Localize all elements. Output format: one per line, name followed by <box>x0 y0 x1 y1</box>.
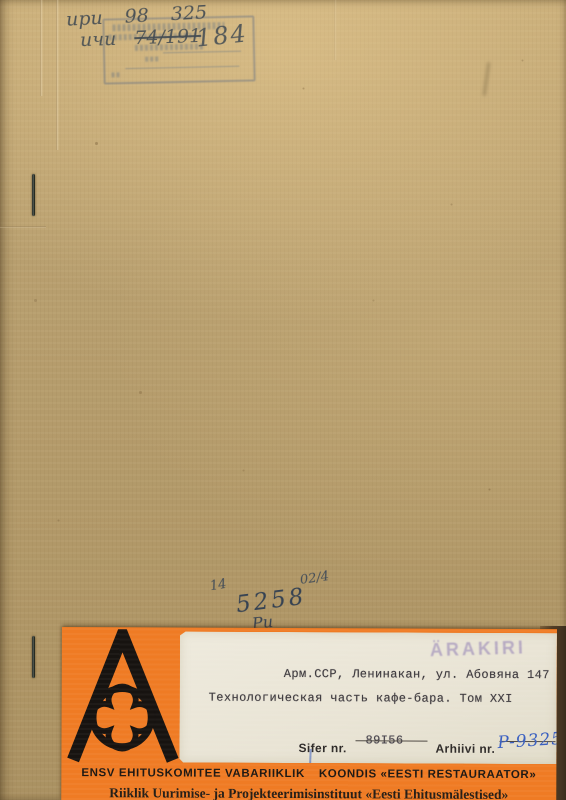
handwritten-added-number: 184 <box>195 19 249 52</box>
archival-folder-cover: ири 98 325 ичи 74/191 184 14 02/4 5258 Р… <box>0 0 566 800</box>
arhiivi-handwritten-value: P-9325 <box>497 729 557 753</box>
org-name-left: ENSV EHITUSKOMITEE VABARIIKLIK <box>81 767 305 780</box>
arakiri-stamp: ÄRAKIRI <box>430 637 527 661</box>
pen-mark <box>309 749 312 763</box>
eesti-ehitusmalestised-logo-icon <box>63 629 182 766</box>
paper-specks <box>0 0 1 1</box>
document-title-line: Технологическая часть кафе-бара. Том XXI <box>209 691 513 706</box>
typed-label-paper: ÄRAKIRI Арм.ССР, Ленинакан, ул. Абовяна … <box>179 632 557 765</box>
institute-label: ÄRAKIRI Арм.ССР, Ленинакан, ул. Абовяна … <box>61 627 557 800</box>
crease-line <box>40 0 43 96</box>
arhiivi-field-label: Arhiivi nr. <box>435 742 495 756</box>
handwritten-note-14: 14 <box>209 577 228 594</box>
staple-bottom <box>32 636 35 678</box>
handwritten-file-number: ичи 74/191 <box>80 25 202 51</box>
stamp-blank-line <box>125 66 239 69</box>
stamp-illegible-text <box>111 72 121 77</box>
crease-line <box>334 0 337 60</box>
staple-top <box>32 174 35 216</box>
crease-line <box>0 226 46 228</box>
crease-line <box>56 0 59 150</box>
struck-number: 74/191 <box>134 25 202 49</box>
pen-smudge <box>483 62 491 96</box>
address-line: Арм.ССР, Ленинакан, ул. Абовяна 147 <box>284 667 550 682</box>
org-name-right: KOONDIS «EESTI RESTAURAATOR» <box>319 768 537 781</box>
sifer-field-label: Sifer nr. <box>298 741 346 755</box>
stamp-illegible-text <box>145 56 159 61</box>
organization-line-1: ENSV EHITUSKOMITEE VABARIIKLIK KOONDIS «… <box>61 767 556 781</box>
organization-line-2: Riiklik Uurimise- ja Projekteerimisinsti… <box>61 785 556 800</box>
